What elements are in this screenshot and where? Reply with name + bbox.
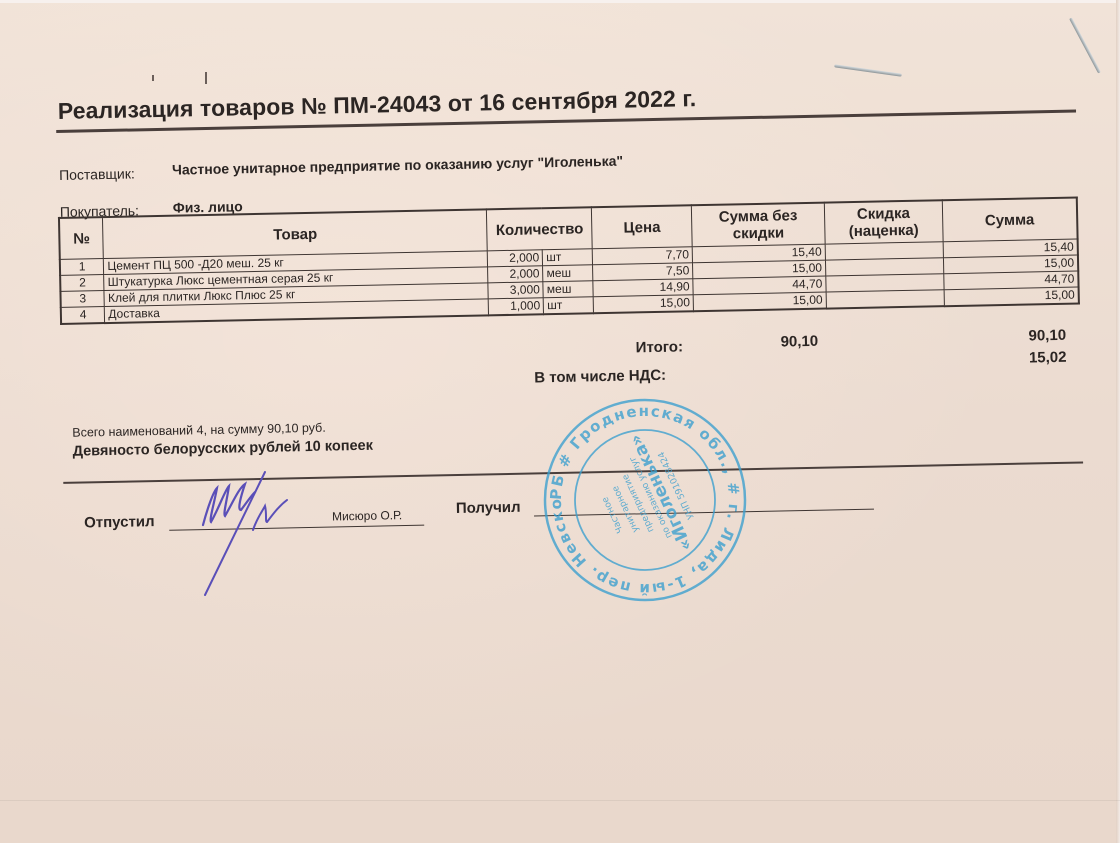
col-header-price: Цена [592, 205, 693, 248]
row-price: 15,00 [593, 295, 693, 313]
row-price: 7,50 [593, 263, 693, 281]
row-num: 3 [60, 291, 104, 308]
row-num: 4 [61, 307, 105, 324]
released-label: Отпустил [84, 513, 155, 531]
scan-edge-top [0, 0, 1120, 3]
row-num: 1 [60, 259, 104, 276]
row-unit: меш [543, 265, 593, 282]
row-num: 2 [60, 275, 104, 292]
col-header-discount: Скидка (наценка) [824, 200, 943, 244]
row-unit: шт [543, 249, 593, 266]
row-unit: шт [544, 297, 594, 314]
received-label: Получил [456, 499, 521, 517]
col-header-sum: Сумма [942, 198, 1078, 242]
supplier-label: Поставщик: [59, 165, 135, 183]
items-table: № Товар Количество Цена Сумма без скидки… [58, 196, 1080, 324]
row-sum-no-discount: 15,00 [693, 292, 826, 311]
scan-mark [152, 75, 154, 81]
paper-fold [0, 800, 1120, 801]
row-sum-no-discount: 44,70 [693, 276, 826, 295]
total-label: Итого: [636, 338, 684, 356]
row-price: 7,70 [593, 247, 693, 265]
scan-edge-right [1116, 0, 1120, 843]
row-quantity: 2,000 [488, 266, 543, 283]
row-quantity: 2,000 [488, 250, 543, 267]
row-sum: 15,00 [943, 255, 1078, 274]
released-name: Мисюро О.Р. [332, 508, 402, 523]
col-header-sum-no-discount: Сумма без скидки [691, 203, 825, 247]
total-value: 90,10 [1028, 327, 1066, 345]
row-unit: меш [543, 281, 593, 298]
row-sum-no-discount: 15,40 [692, 244, 825, 263]
row-discount [826, 290, 944, 309]
row-quantity: 3,000 [488, 282, 543, 299]
total-no-discount-value: 90,10 [780, 333, 818, 351]
row-quantity: 1,000 [489, 298, 544, 316]
vat-value: 15,02 [1029, 349, 1067, 367]
row-sum: 15,00 [944, 287, 1079, 306]
col-header-quantity: Количество [487, 207, 593, 251]
row-sum-no-discount: 15,00 [693, 260, 826, 279]
company-stamp: РБ # Гродненская обл., # г. Лида, 1-ый п… [540, 395, 750, 605]
col-header-num: № [59, 217, 104, 259]
row-price: 14,90 [593, 279, 693, 297]
scan-mark [205, 72, 207, 84]
signature-mark [195, 470, 305, 600]
vat-label: В том числе НДС: [534, 367, 666, 387]
